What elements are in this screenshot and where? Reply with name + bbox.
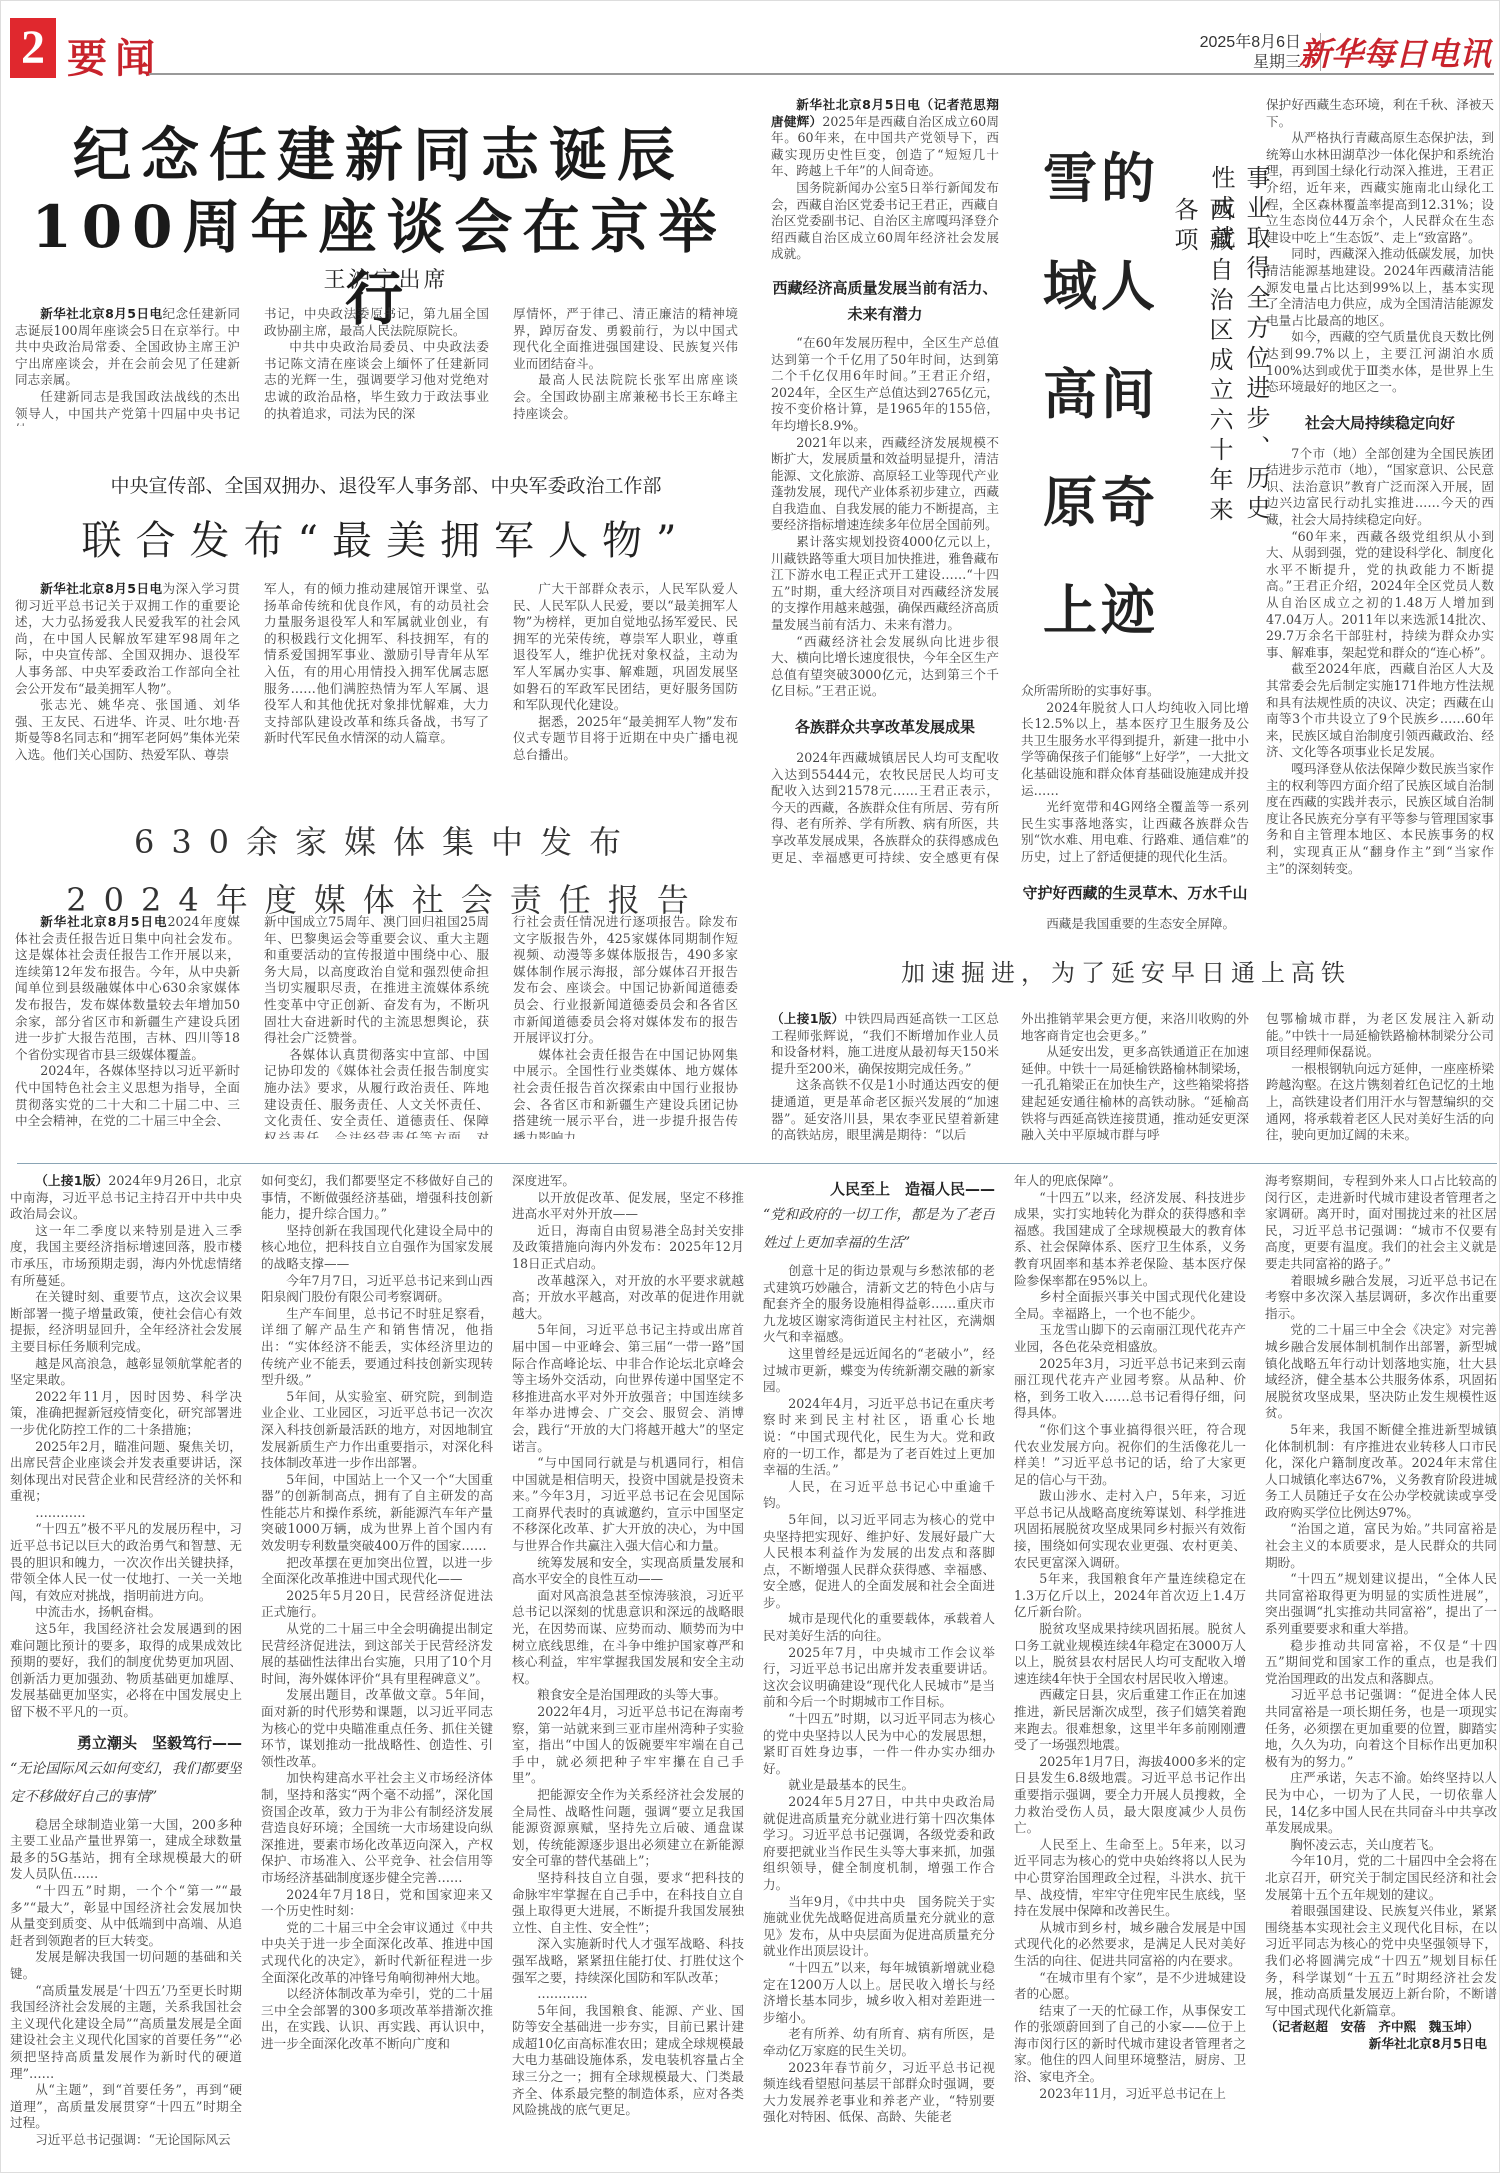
paragraph: 保护好西藏生态环境，利在千秋、泽被天下。	[1266, 97, 1494, 130]
paragraph: 5年间，中国站上一个又一个“大国重器”的创新制高点，拥有了自主研发的高性能芯片和…	[261, 1472, 493, 1555]
paragraph: 在关键时刻、重要节点，这次会议果断部署一揽子增量政策，使社会信心有效提振，经济明…	[10, 1289, 242, 1355]
tibet-title-char: 人	[1101, 257, 1155, 315]
paragraph: 从严格执行青藏高原生态保护法，到统筹山水林田湖草沙一体化保护和系统治理，再到国土…	[1266, 130, 1494, 246]
paragraph: 新中国成立75周年、澳门回归祖国25周年、巴黎奥运会等重要会议、重大主题和重要活…	[264, 914, 489, 1047]
paragraph: 这一年二季度以来特别是进入三季度，我国主要经济指标增速回落，股市楼市承压，市场预…	[10, 1223, 242, 1289]
tibet-title-char: 原	[1043, 473, 1097, 531]
paragraph: 坚持科技自立自强，要求“把科技的命脉牢牢掌握在自己手中，在科技自立自强上取得更大…	[512, 1870, 744, 1936]
paragraph: 脱贫攻坚成果持续巩固拓展。脱贫人口务工就业规模连续4年稳定在3000万人以上，脱…	[1014, 1621, 1246, 1687]
article3-column-2: 新中国成立75周年、澳门回归祖国25周年、巴黎奥运会等重要会议、重大主题和重要活…	[264, 914, 489, 1139]
paragraph: 2024年西藏城镇居民人均可支配收入达到55444元，农牧民居民人均可支配收入达…	[771, 750, 999, 867]
paragraph: 就业是最基本的民生。	[763, 1777, 995, 1794]
masthead: 2 要闻 2025年8月6日 星期三 新华每日电讯	[1, 1, 1500, 79]
paragraph: 西藏定日县，灾后重建工作正在加速推进，新民居渐次成型，孩子们嬉笑着跑来跑去。很难…	[1014, 1687, 1246, 1753]
paragraph: 媒体社会责任报告在中国记协网集中展示。全国性行业类媒体、地方媒体社会责任报告首次…	[513, 1047, 738, 1139]
paragraph: 从延安出发，更多高铁通道正在加速延伸。中铁十一局延榆铁路榆林制梁场，一孔孔箱梁正…	[1021, 1044, 1249, 1143]
paragraph: 2024年度媒体社会责任报告近日集中向社会发布。这是媒体社会责任报告工作开展以来…	[15, 914, 240, 1062]
tibet-vertical-subtitle-2: 事业取得全方位进步、历史性成就	[1204, 165, 1274, 545]
tibet-title-char: 雪	[1043, 149, 1097, 207]
paragraph: 各媒体认真贯彻落实中宣部、中国记协印发的《媒体社会责任报告制度实施办法》要求，从…	[264, 1047, 489, 1139]
paper-logo: 新华每日电讯	[1299, 29, 1491, 75]
paragraph: 这5年，我国经济社会发展遇到的困难问题比预计的要多，取得的成果成效比预期的要好，…	[10, 1621, 242, 1721]
tibet-title-char: 高	[1043, 365, 1097, 423]
article1-column-2: 书记，中央政法委原书记，第九届全国政协副主席，最高人民法院原院长。 中共中央政治…	[264, 306, 489, 426]
tibet-title-char: 奇	[1101, 473, 1155, 531]
railway-continued-tag: （上接1版）	[771, 1011, 845, 1026]
paragraph: 广大干部群众表示，人民军队爱人民、人民军队人民爱，要以“最美拥军人物”为榜样，更…	[513, 581, 738, 714]
paragraph: 深入实施新时代人才强军战略、科技强军战略，紧紧扭住能打仗、打胜仗这个强军之要，持…	[512, 1936, 744, 1986]
masthead-rule	[149, 73, 1494, 75]
paragraph: 以经济体制改革为牵引，党的二十届三中全会部署的300多项改革举措渐次推出，在实践…	[261, 1986, 493, 2052]
paragraph: 海考察期间，专程到外来人口占比较高的闵行区，走进新时代城市建设者管理者之家调研。…	[1265, 1173, 1497, 1273]
paragraph: 加快构建高水平社会主义市场经济体制，坚持和落实“两个毫不动摇”，深化国资国企改革…	[261, 1770, 493, 1886]
article2-kicker: 中央宣传部、全国双拥办、退役军人事务部、中央军委政治工作部	[1, 471, 771, 498]
paragraph: 坚持创新在我国现代化建设全局中的核心地位，把科技自立自强作为国家发展的战略支撑—…	[261, 1223, 493, 1273]
paragraph: 面对风高浪急甚至惊涛骇浪，习近平总书记以深刻的忧患意识和深远的战略眼光，在因势而…	[512, 1588, 744, 1688]
tibet-section3-title: 守护好西藏的生灵草木、万水千山	[1021, 880, 1249, 906]
paragraph: 一根根钢轨向远方延伸，一座座桥梁跨越沟壑。在这片镌刻着红色记忆的土地上，高铁建设…	[1266, 1061, 1494, 1143]
paragraph: “十四五”时期，以习近平同志为核心的党中央坚持以人民为中心的发展思想，紧盯百姓身…	[763, 1711, 995, 1777]
paragraph: 2023年11月，习近平总书记在上	[1014, 2086, 1246, 2103]
article1-headline[interactable]: 纪念任建新同志诞辰 100周年座谈会在京举行	[29, 119, 729, 335]
paragraph: 5年来，我国不断健全推进新型城镇化体制机制：有序推进农业转移人口市民化，深化户籍…	[1265, 1422, 1497, 1522]
paragraph: 2025年3月，习近平总书记来到云南丽江现代花卉产业园考察。从品种、价格，到务工…	[1014, 1356, 1246, 1422]
paragraph: 国务院新闻办公室5日举行新闻发布会，西藏自治区党委书记王君正，西藏自治区党委副书…	[771, 180, 999, 263]
newspaper-page: 2 要闻 2025年8月6日 星期三 新华每日电讯 纪念任建新同志诞辰 100周…	[0, 0, 1500, 2173]
paragraph: 把能源安全作为关系经济社会发展的全局性、战略性问题，强调“要立足我国能源资源禀赋…	[512, 1787, 744, 1870]
paragraph: 年人的兜底保障”。	[1014, 1173, 1246, 1190]
railway-column-2: 外出推销苹果会更方便，来洛川收购的外地客商肯定也会更多。” 从延安出发，更多高铁…	[1021, 1011, 1249, 1143]
section-divider	[17, 1163, 1497, 1164]
continuation-section1-quote: “无论国际风云如何变幻，我们都要坚定不移做好自己的事情”	[10, 1755, 242, 1811]
paragraph: 结束了一天的忙碌工作，从事保安工作的张颂蔚回到了自己的小家——位于上海市闵行区的…	[1014, 2003, 1246, 2086]
paragraph: 张志光、姚华亮、张国通、刘华强、王友民、石进华、许灵、吐尔地·吾斯曼等8名同志和…	[15, 697, 240, 763]
paragraph: 稳步推动共同富裕，不仅是“十四五”期间党和国家工作的重点，也是我们党治国理政的出…	[1265, 1638, 1497, 1688]
paragraph: 包鄂榆城市群，为老区发展注入新动能。”中铁十一局延榆铁路榆林制梁分公司项目经理师…	[1266, 1011, 1494, 1061]
article2-column-2: 军人，有的倾力推动建展馆开课堂、弘扬革命传统和优良作风，有的动员社会力量服务退役…	[264, 581, 489, 781]
paragraph: 7个市（地）全部创建为全国民族团结进步示范市（地），“国家意识、公民意识、法治意…	[1266, 446, 1494, 529]
paragraph: 截至2024年底，西藏自治区人大及其常委会先后制定实施171件地方性法规和具有法…	[1266, 661, 1494, 761]
paragraph: 2024年5月27日，中共中央政治局就促进高质量充分就业进行第十四次集体学习。习…	[763, 1794, 995, 1894]
paragraph: 行社会责任情况进行逐项报告。除发布文字版报告外，425家媒体同期制作短视频、动漫…	[513, 914, 738, 1047]
paragraph: “60年来，西藏各级党组织从小到大、从弱到强，党的建设科学化、制度化水平不断提升…	[1266, 529, 1494, 662]
paragraph: 外出推销苹果会更方便，来洛川收购的外地客商肯定也会更多。”	[1021, 1011, 1249, 1044]
paragraph: 厚情怀，严于律己、清正廉洁的精神境界，踔厉奋发、勇毅前行，为以中国式现代化全面推…	[513, 306, 738, 372]
paragraph: 从“主题”，到“首要任务”，再到“硬道理”，高质量发展贯穿“十四五”时期全过程。	[10, 2082, 242, 2132]
paragraph: 书记，中央政法委原书记，第九届全国政协副主席，最高人民法院原院长。	[264, 306, 489, 339]
continuation-column-5: 年人的兜底保障”。 “十四五”以来，经济发展、科技进步成果，实打实地转化为群众的…	[1014, 1173, 1246, 2163]
paragraph: 今年7月7日，习近平总书记来到山西阳泉阀门股份有限公司考察调研。	[261, 1273, 493, 1306]
paragraph: 5年间，以习近平同志为核心的党中央坚持把实现好、维护好、发展好最广大人民根本利益…	[763, 1512, 995, 1612]
paragraph: “十四五”极不平凡的发展历程中，习近平总书记以巨大的政治勇气和智慧、无畏的胆识和…	[10, 1521, 242, 1604]
paragraph: 2024年4月，习近平总书记在重庆考察时来到民主村社区，语重心长地说：“中国式现…	[763, 1396, 995, 1479]
article2-column-3: 广大干部群众表示，人民军队爱人民、人民军队人民爱，要以“最美拥军人物”为榜样，更…	[513, 581, 738, 781]
railway-column-1: （上接1版）中铁四局西延高铁一工区总工程师张辉说，“我们不断增加作业人员和设备材…	[771, 1011, 999, 1143]
tibet-title-bottom: 上迹	[1043, 581, 1159, 639]
paragraph: “十四五”规划建议提出，“全体人民共同富裕取得更为明显的实质性进展”，突出强调“…	[1265, 1571, 1497, 1637]
tibet-title-char: 的	[1101, 149, 1155, 207]
article1-dateline: 新华社北京8月5日电	[40, 306, 162, 321]
article2-column-1: 新华社北京8月5日电为深入学习贯彻习近平总书记关于双拥工作的重要论述，大力弘扬爱…	[15, 581, 240, 781]
paragraph: “在60年发展历程中，全区生产总值达到第一个千亿用了50年时间，达到第二个千亿仅…	[771, 335, 999, 435]
paragraph: 城市是现代化的重要载体，承载着人民对美好生活的向往。	[763, 1611, 995, 1644]
paragraph: 2025年2月，瞄准问题、聚焦关切，出席民营企业座谈会并发表重要讲话，深刻体现出…	[10, 1439, 242, 1505]
paragraph: 据悉，2025年“最美拥军人物”发布仪式专题节目将于近期在中央广播电视总台播出。	[513, 714, 738, 764]
paragraph: …………	[512, 1986, 744, 2003]
paragraph: 2025年5月20日，民营经济促进法正式施行。	[261, 1588, 493, 1621]
article3-headline[interactable]: 630余家媒体集中发布 2024年度媒体社会责任报告	[1, 813, 771, 929]
paragraph: 胸怀凌云志，关山度若飞。	[1265, 1837, 1497, 1854]
tibet-column-2: 众所需所盼的实事好事。 2024年脱贫人口人均纯收入同比增长12.5%以上，基本…	[1021, 683, 1249, 943]
paragraph: 近日，海南自由贸易港全岛封关安排及政策措施向海内外发布：2025年12月18日正…	[512, 1223, 744, 1273]
paragraph: 嘎玛泽登从依法保障少数民族当家作主的权利等四方面介绍了民族区域自治制度在西藏的实…	[1266, 761, 1494, 877]
article1-column-1: 新华社北京8月5日电纪念任建新同志诞辰100周年座谈会5日在京举行。中共中央政治…	[15, 306, 240, 426]
paragraph: “在城市里有个家”，是不少进城建设者的心愿。	[1014, 1970, 1246, 2003]
end-dateline: 新华社北京8月5日电	[1265, 2036, 1497, 2053]
paragraph: 2022年4月，习近平总书记在海南考察，第一站就来到三亚市崖州湾种子实验室，指出…	[512, 1704, 744, 1787]
paragraph: “高质量发展是‘十四五’乃至更长时期我国经济社会发展的主题，关系我国社会主义现代…	[10, 1983, 242, 2083]
continuation-column-4: 人民至上 造福人民—— “党和政府的一切工作，都是为了老百姓过上更加幸福的生活”…	[763, 1173, 995, 2163]
paragraph: 跋山涉水、走村入户，5年来，习近平总书记从战略高度统筹谋划、科学推进巩固拓展脱贫…	[1014, 1488, 1246, 1571]
article3-headline-line1: 630余家媒体集中发布	[1, 813, 771, 871]
paragraph: 党的二十届三中全会《决定》对完善城乡融合发展体制机制作出部署，新型城镇化战略五年…	[1265, 1322, 1497, 1422]
paragraph: “你们这个事业搞得很兴旺，符合现代农业发展方向。祝你们的生活像花儿一样美！”习近…	[1014, 1422, 1246, 1488]
tibet-section2-title: 各族群众共享改革发展成果	[771, 714, 999, 740]
paragraph: 从城市到乡村，城乡融合发展是中国式现代化的必然要求，是满足人民对美好生活的向往、…	[1014, 1920, 1246, 1970]
paragraph: 2025年1月7日，海拔4000多米的定日县发生6.8级地震。习近平总书记作出重…	[1014, 1754, 1246, 1837]
tibet-column-1: 新华社北京8月5日电（记者范思翔 唐健辉）2025年是西藏自治区成立60周年。6…	[771, 97, 999, 867]
paragraph: “十四五”时期，一个个“第一”“最多”“最大”，彰显中国经济社会发展加快从量变到…	[10, 1883, 242, 1949]
paragraph: 2024年7月18日，党和国家迎来又一个历史性时刻：	[261, 1887, 493, 1920]
reporter-byline: （记者赵超 安蓓 齐中熙 魏玉坤）	[1265, 2019, 1497, 2036]
tibet-title-char: 间	[1101, 365, 1155, 423]
railway-column-3: 包鄂榆城市群，为老区发展注入新动能。”中铁十一局延榆铁路榆林制梁分公司项目经理师…	[1266, 1011, 1494, 1143]
paragraph: “十四五”以来，每年城镇新增就业稳定在1200万人以上。居民收入增长与经济增长基…	[763, 1960, 995, 2026]
continuation-continued-tag: （上接1版）	[35, 1173, 108, 1188]
paragraph: 2025年7月，中央城市工作会议举行，习近平总书记出席并发表重要讲话。这次会议明…	[763, 1645, 995, 1711]
paragraph: 老有所养、幼有所育、病有所医，是牵动亿万家庭的民生关切。	[763, 2026, 995, 2059]
paragraph: 中共中央政治局委员、中央政法委书记陈文清在座谈会上缅怀了任建新同志的光辉一生，强…	[264, 339, 489, 422]
paragraph: 深度进军。	[512, 1173, 744, 1190]
paragraph: 习近平总书记强调：“促进全体人民共同富裕是一项长期任务，也是一项现实任务，必须摆…	[1265, 1687, 1497, 1770]
tibet-section1-title: 西藏经济高质量发展当前有活力、未来有潜力	[771, 275, 999, 327]
railway-headline[interactable]: 加速掘进，为了延安早日通上高铁	[751, 953, 1500, 988]
paragraph: 任建新同志是我国政法战线的杰出领导人，中国共产党第十四届中央书记处	[15, 389, 240, 426]
continuation-section2-quote: “党和政府的一切工作，都是为了老百姓过上更加幸福的生活”	[763, 1201, 995, 1257]
paragraph: 把改革摆在更加突出位置，以进一步全面深化改革推进中国式现代化——	[261, 1555, 493, 1588]
paragraph: 为深入学习贯彻习近平总书记关于双拥工作的重要论述，大力弘扬爱我人民爱我军的社会风…	[15, 581, 240, 696]
paragraph: 改革越深入，对开放的水平要求就越高；开放水平越高，对改革的促进作用就越大。	[512, 1273, 744, 1323]
paragraph: 这条高铁不仅是1小时通达西安的便捷通道，更是革命老区振兴发展的“加速器”。延安洛…	[771, 1077, 999, 1143]
paragraph: “与中国同行就是与机遇同行，相信中国就是相信明天，投资中国就是投资未来。”今年3…	[512, 1455, 744, 1555]
paragraph: “十四五”以来，经济发展、科技进步成果，实打实地转化为群众的获得感和幸福感。我国…	[1014, 1190, 1246, 1290]
paragraph: 光纤宽带和4G网络全覆盖等一系列民生实事落地落实，让西藏各族群众告别“饮水难、用…	[1021, 799, 1249, 865]
paragraph: 玉龙雪山脚下的云南丽江现代花卉产业园，各色花朵竞相盛放。	[1014, 1322, 1246, 1355]
paragraph: 2023年春节前夕，习近平总书记视频连线看望慰问基层干部群众时强调，要大力发展养…	[763, 2060, 995, 2126]
tibet-section4-title: 社会大局持续稳定向好	[1266, 410, 1494, 436]
article1-headline-line1: 纪念任建新同志诞辰	[29, 119, 729, 191]
paragraph: 乡村全面振兴事关中国式现代化建设全局。幸福路上，一个也不能少。	[1014, 1289, 1246, 1322]
paragraph: “西藏经济社会发展纵向比进步很大、横向比增长速度很快，今年全区生产总值有望突破3…	[771, 634, 999, 700]
article2-headline[interactable]: 联合发布“最美拥军人物”	[1, 509, 771, 566]
paragraph: 中流击水，扬帆奋楫。	[10, 1604, 242, 1621]
paragraph: 西藏是我国重要的生态安全屏障。	[1021, 916, 1249, 933]
paragraph: 今年10月，党的二十届四中全会将在北京召开，研究关于制定国民经济和社会发展第十五…	[1265, 1853, 1497, 1903]
paragraph: 同时，西藏深入推动低碳发展，加快清洁能源基地建设。2024年西藏清洁能源发电量占…	[1266, 246, 1494, 329]
paragraph: …………	[10, 1505, 242, 1522]
paragraph: 粮食安全是治国理政的头等大事。	[512, 1687, 744, 1704]
article2-dateline: 新华社北京8月5日电	[40, 581, 162, 596]
paragraph: 人民至上、生命至上。5年来，以习近平同志为核心的党中央始终将以人民为中心贯穿治国…	[1014, 1837, 1246, 1920]
paragraph: 生产车间里，总书记不时驻足察看，详细了解产品生产和销售情况，他指出：“实体经济不…	[261, 1306, 493, 1389]
paragraph: 2024年脱贫人口人均纯收入同比增长12.5%以上，基本医疗卫生服务及公共卫生服…	[1021, 700, 1249, 800]
continuation-section1-title: 勇立潮头 坚毅笃行——	[10, 1731, 242, 1755]
continuation-column-3: 深度进军。 以开放促改革、促发展，坚定不移推进高水平对外开放—— 近日，海南自由…	[512, 1173, 744, 2163]
paragraph: 着眼城乡融合发展，习近平总书记在考察中多次深入基层调研，多次作出重要指示。	[1265, 1273, 1497, 1323]
paragraph: 5年间，我国粮食、能源、产业、国防等安全基础进一步夯实，目前已累计建成超10亿亩…	[512, 2003, 744, 2119]
paragraph: 习近平总书记强调：“无论国际风云	[10, 2132, 242, 2149]
paragraph: 5年来，我国粮食年产量连续稳定在1.3万亿斤以上，2024年首次迈上1.4万亿斤…	[1014, 1571, 1246, 1621]
paragraph: 越是风高浪急，越彰显领航掌舵者的坚定果敢。	[10, 1356, 242, 1389]
paragraph: 从党的二十届三中全会明确提出制定民营经济促进法，到这部关于民营经济发展的基础性法…	[261, 1621, 493, 1687]
continuation-column-6: 海考察期间，专程到外来人口占比较高的闵行区，走进新时代城市建设者管理者之家调研。…	[1265, 1173, 1497, 2163]
article3-dateline: 新华社北京8月5日电	[40, 914, 167, 929]
page-number-badge: 2	[10, 18, 56, 78]
paragraph: “治国之道，富民为始。”共同富裕是社会主义的本质要求，是人民群众的共同期盼。	[1265, 1521, 1497, 1571]
tibet-title-char: 域	[1043, 257, 1097, 315]
continuation-column-1: （上接1版）2024年9月26日，北京中南海，习近平总书记主持召开中共中央政治局…	[10, 1173, 242, 2163]
paragraph: 军人，有的倾力推动建展馆开课堂、弘扬革命传统和优良作风，有的动员社会力量服务退役…	[264, 581, 489, 747]
paragraph: 创意十足的街边景观与乡愁浓郁的老式建筑巧妙融合，清新文艺的特色小店与配套齐全的服…	[763, 1263, 995, 1346]
issue-date: 2025年8月6日 星期三	[1200, 33, 1301, 73]
tibet-column-3: 保护好西藏生态环境，利在千秋、泽被天下。 从严格执行青藏高原生态保护法，到统筹山…	[1266, 97, 1494, 933]
paragraph: 这里曾经是远近闻名的“老破小”，经过城市更新，蝶变为传统新潮交融的新家园。	[763, 1346, 995, 1396]
paragraph: 众所需所盼的实事好事。	[1021, 683, 1249, 700]
date-text: 2025年8月6日	[1200, 33, 1301, 53]
article3-column-1: 新华社北京8月5日电2024年度媒体社会责任报告近日集中向社会发布。这是媒体社会…	[15, 914, 240, 1139]
paragraph: 人民，在习近平总书记心中重逾千钧。	[763, 1479, 995, 1512]
continuation-column-2: 如何变幻，我们都要坚定不移做好自己的事情，不断做强经济基础，增强科技创新能力，提…	[261, 1173, 493, 2163]
continuation-section2-title: 人民至上 造福人民——	[763, 1177, 995, 1201]
paragraph: 2024年，各媒体坚持以习近平新时代中国特色社会主义思想为指导，全面贯彻落实党的…	[15, 1063, 240, 1129]
paragraph: 统筹发展和安全，实现高质量发展和高水平安全的良性互动——	[512, 1555, 744, 1588]
paragraph: 累计落实规划投资4000亿元以上，川藏铁路等重大项目加快推进，雅鲁藏布江下游水电…	[771, 534, 999, 634]
paragraph: 2022年11月，因时因势、科学决策，准确把握新冠疫情变化，研究部署进一步优化防…	[10, 1389, 242, 1439]
article1-subheadline: 王沪宁出席	[1, 263, 771, 294]
paragraph: 以开放促改革、促发展，坚定不移推进高水平对外开放——	[512, 1190, 744, 1223]
paragraph: 最高人民法院院长张军出席座谈会。全国政协副主席兼秘书长王东峰主持座谈会。	[513, 372, 738, 422]
weekday-text: 星期三	[1200, 53, 1301, 73]
paragraph: 5年间，习近平总书记主持或出席首届中国－中亚峰会、第三届“一带一路”国际合作高峰…	[512, 1322, 744, 1455]
section-name: 要闻	[67, 27, 163, 84]
article1-column-3: 厚情怀，严于律己、清正廉洁的精神境界，踔厉奋发、勇毅前行，为以中国式现代化全面推…	[513, 306, 738, 426]
paragraph: 稳居全球制造业第一大国，200多种主要工业品产量世界第一，建成全球数量最多的5G…	[10, 1817, 242, 1883]
paragraph: 庄严承诺，矢志不渝。始终坚持以人民为中心，一切为了人民，一切依靠人民，14亿多中…	[1265, 1770, 1497, 1836]
paragraph: 发展是解决我国一切问题的基础和关键。	[10, 1949, 242, 1982]
paragraph: 发展出题目，改革做文章。5年间，面对新的时代形势和课题，以习近平同志为核心的党中…	[261, 1687, 493, 1770]
paragraph: 如何变幻，我们都要坚定不移做好自己的事情，不断做强经济基础，增强科技创新能力，提…	[261, 1173, 493, 1223]
paragraph: 如今，西藏的空气质量优良天数比例达到99.7%以上，主要江河湖泊水质100%达到…	[1266, 329, 1494, 395]
article3-column-3: 行社会责任情况进行逐项报告。除发布文字版报告外，425家媒体同期制作短视频、动漫…	[513, 914, 738, 1139]
paragraph: 着眼强国建设、民族复兴伟业，紧紧围绕基本实现社会主义现代化目标，在以习近平同志为…	[1265, 1903, 1497, 2019]
paragraph: 2021年以来，西藏经济发展规模不断扩大，发展质量和效益明显提升，清洁能源、文化…	[771, 435, 999, 535]
paragraph: 党的二十届三中全会审议通过《中共中央关于进一步全面深化改革、推进中国式现代化的决…	[261, 1920, 493, 1986]
paragraph: 当年9月，《中共中央 国务院关于实施就业优先战略促进高质量充分就业的意见》发布，…	[763, 1894, 995, 1960]
paragraph: 5年间，从实验室、研究院，到制造业企业、工业园区，习近平总书记一次次深入科技创新…	[261, 1389, 493, 1472]
